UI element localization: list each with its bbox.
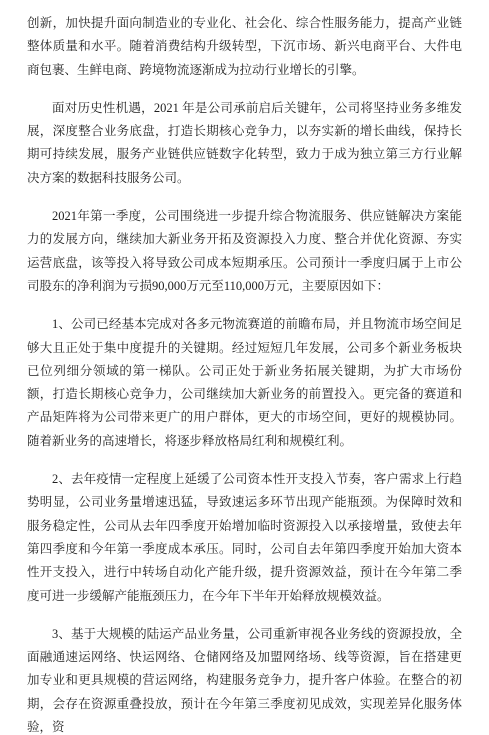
continuation-paragraph: 创新，加快提升面向制造业的专业化、社会化、综合性服务能力，提高产业链整体质量和水… (27, 12, 462, 82)
document-page: 创新，加快提升面向制造业的专业化、社会化、综合性服务能力，提高产业链整体质量和水… (0, 0, 489, 735)
q1-forecast-paragraph: 2021年第一季度，公司围绕进一步提升综合物流服务、供应链解决方案能力的发展方向… (27, 205, 462, 298)
reason-3-paragraph: 3、基于大规模的陆运产品业务量，公司重新审视各业务线的资源投放，全面融通速运网络… (27, 623, 462, 735)
strategy-outlook-paragraph: 面对历史性机遇，2021 年是公司承前启后关键年，公司将坚持业务多维发展，深度整… (27, 97, 462, 190)
reason-2-paragraph: 2、去年疫情一定程度上延缓了公司资本性开支投入节奏，客户需求上行趋势明显，公司业… (27, 468, 462, 608)
reason-1-paragraph: 1、公司已经基本完成对各多元物流赛道的前瞻布局，并且物流市场空间足够大且正处于集… (27, 313, 462, 453)
